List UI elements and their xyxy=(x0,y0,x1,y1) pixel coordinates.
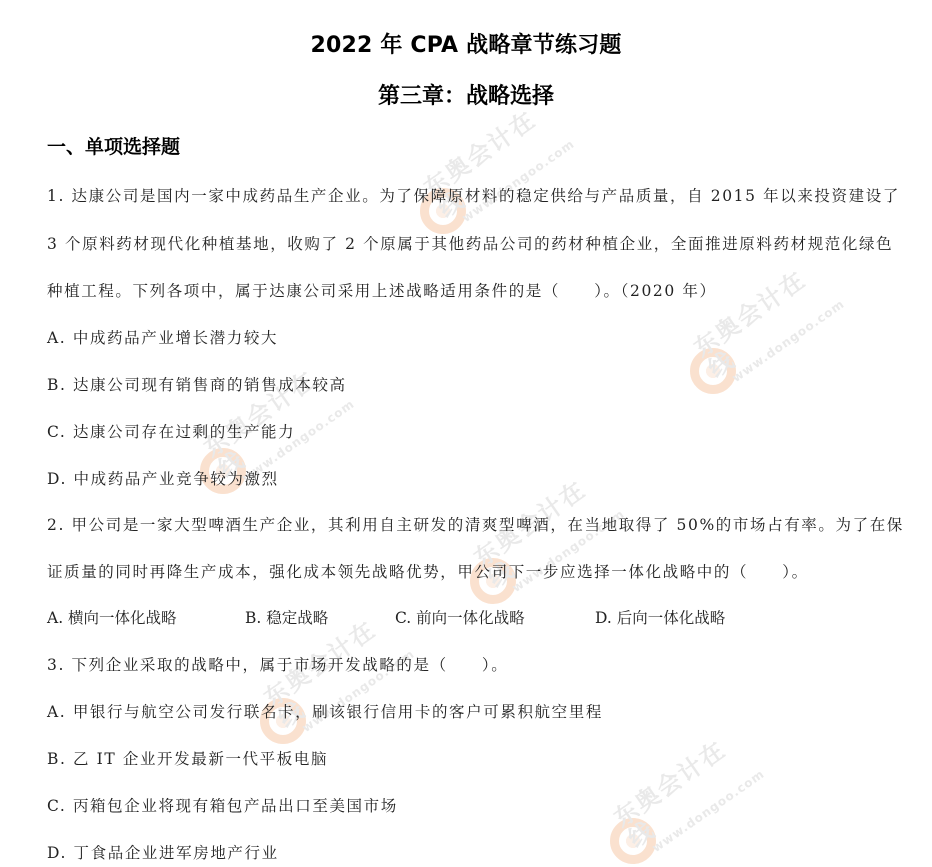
option-c: C. 前向一体化战略 xyxy=(395,606,525,628)
question-text-line: 1. 达康公司是国内一家中成药品生产企业。为了保障原材料的稳定供给与产品质量，自… xyxy=(47,184,900,206)
option-d: D. 中成药品产业竞争较为激烈 xyxy=(47,467,279,489)
option-b: B. 达康公司现有销售商的销售成本较高 xyxy=(47,373,347,395)
option-d: D. 丁食品企业进军房地产行业 xyxy=(47,841,279,863)
option-b: B. 乙 IT 企业开发最新一代平板电脑 xyxy=(47,747,328,769)
option-d: D. 后向一体化战略 xyxy=(595,606,725,628)
option-a: A. 横向一体化战略 xyxy=(47,606,177,628)
question-text-line: 3. 下列企业采取的战略中，属于市场开发战略的是（ ）。 xyxy=(47,653,508,675)
option-a: A. 甲银行与航空公司发行联名卡，刷该银行信用卡的客户可累积航空里程 xyxy=(47,700,603,722)
option-a: A. 中成药品产业增长潜力较大 xyxy=(47,326,278,348)
question-text-line: 2. 甲公司是一家大型啤酒生产企业，其利用自主研发的清爽型啤酒，在当地取得了 5… xyxy=(47,513,904,535)
document-title: 2022 年 CPA 战略章节练习题 xyxy=(0,28,932,59)
chapter-title: 第三章：战略选择 xyxy=(0,79,932,110)
question-text-line: 种植工程。下列各项中，属于达康公司采用上述战略适用条件的是（ ）。（2020 年… xyxy=(47,279,717,301)
question-text-line: 证质量的同时再降生产成本，强化成本领先战略优势，甲公司下一步应选择一体化战略中的… xyxy=(47,560,809,582)
section-heading: 一、单项选择题 xyxy=(47,132,180,159)
watermark-logo-icon xyxy=(690,348,736,394)
option-c: C. 丙箱包企业将现有箱包产品出口至美国市场 xyxy=(47,794,398,816)
option-c: C. 达康公司存在过剩的生产能力 xyxy=(47,420,295,442)
option-b: B. 稳定战略 xyxy=(245,606,328,628)
document-page: 东奥会计在线www.dongoo.com 东奥会计在线www.dongoo.co… xyxy=(0,0,932,867)
watermark-logo-icon xyxy=(610,818,656,864)
question-text-line: 3 个原料药材现代化种植基地，收购了 2 个原属于其他药品公司的药材种植企业，全… xyxy=(47,232,893,254)
